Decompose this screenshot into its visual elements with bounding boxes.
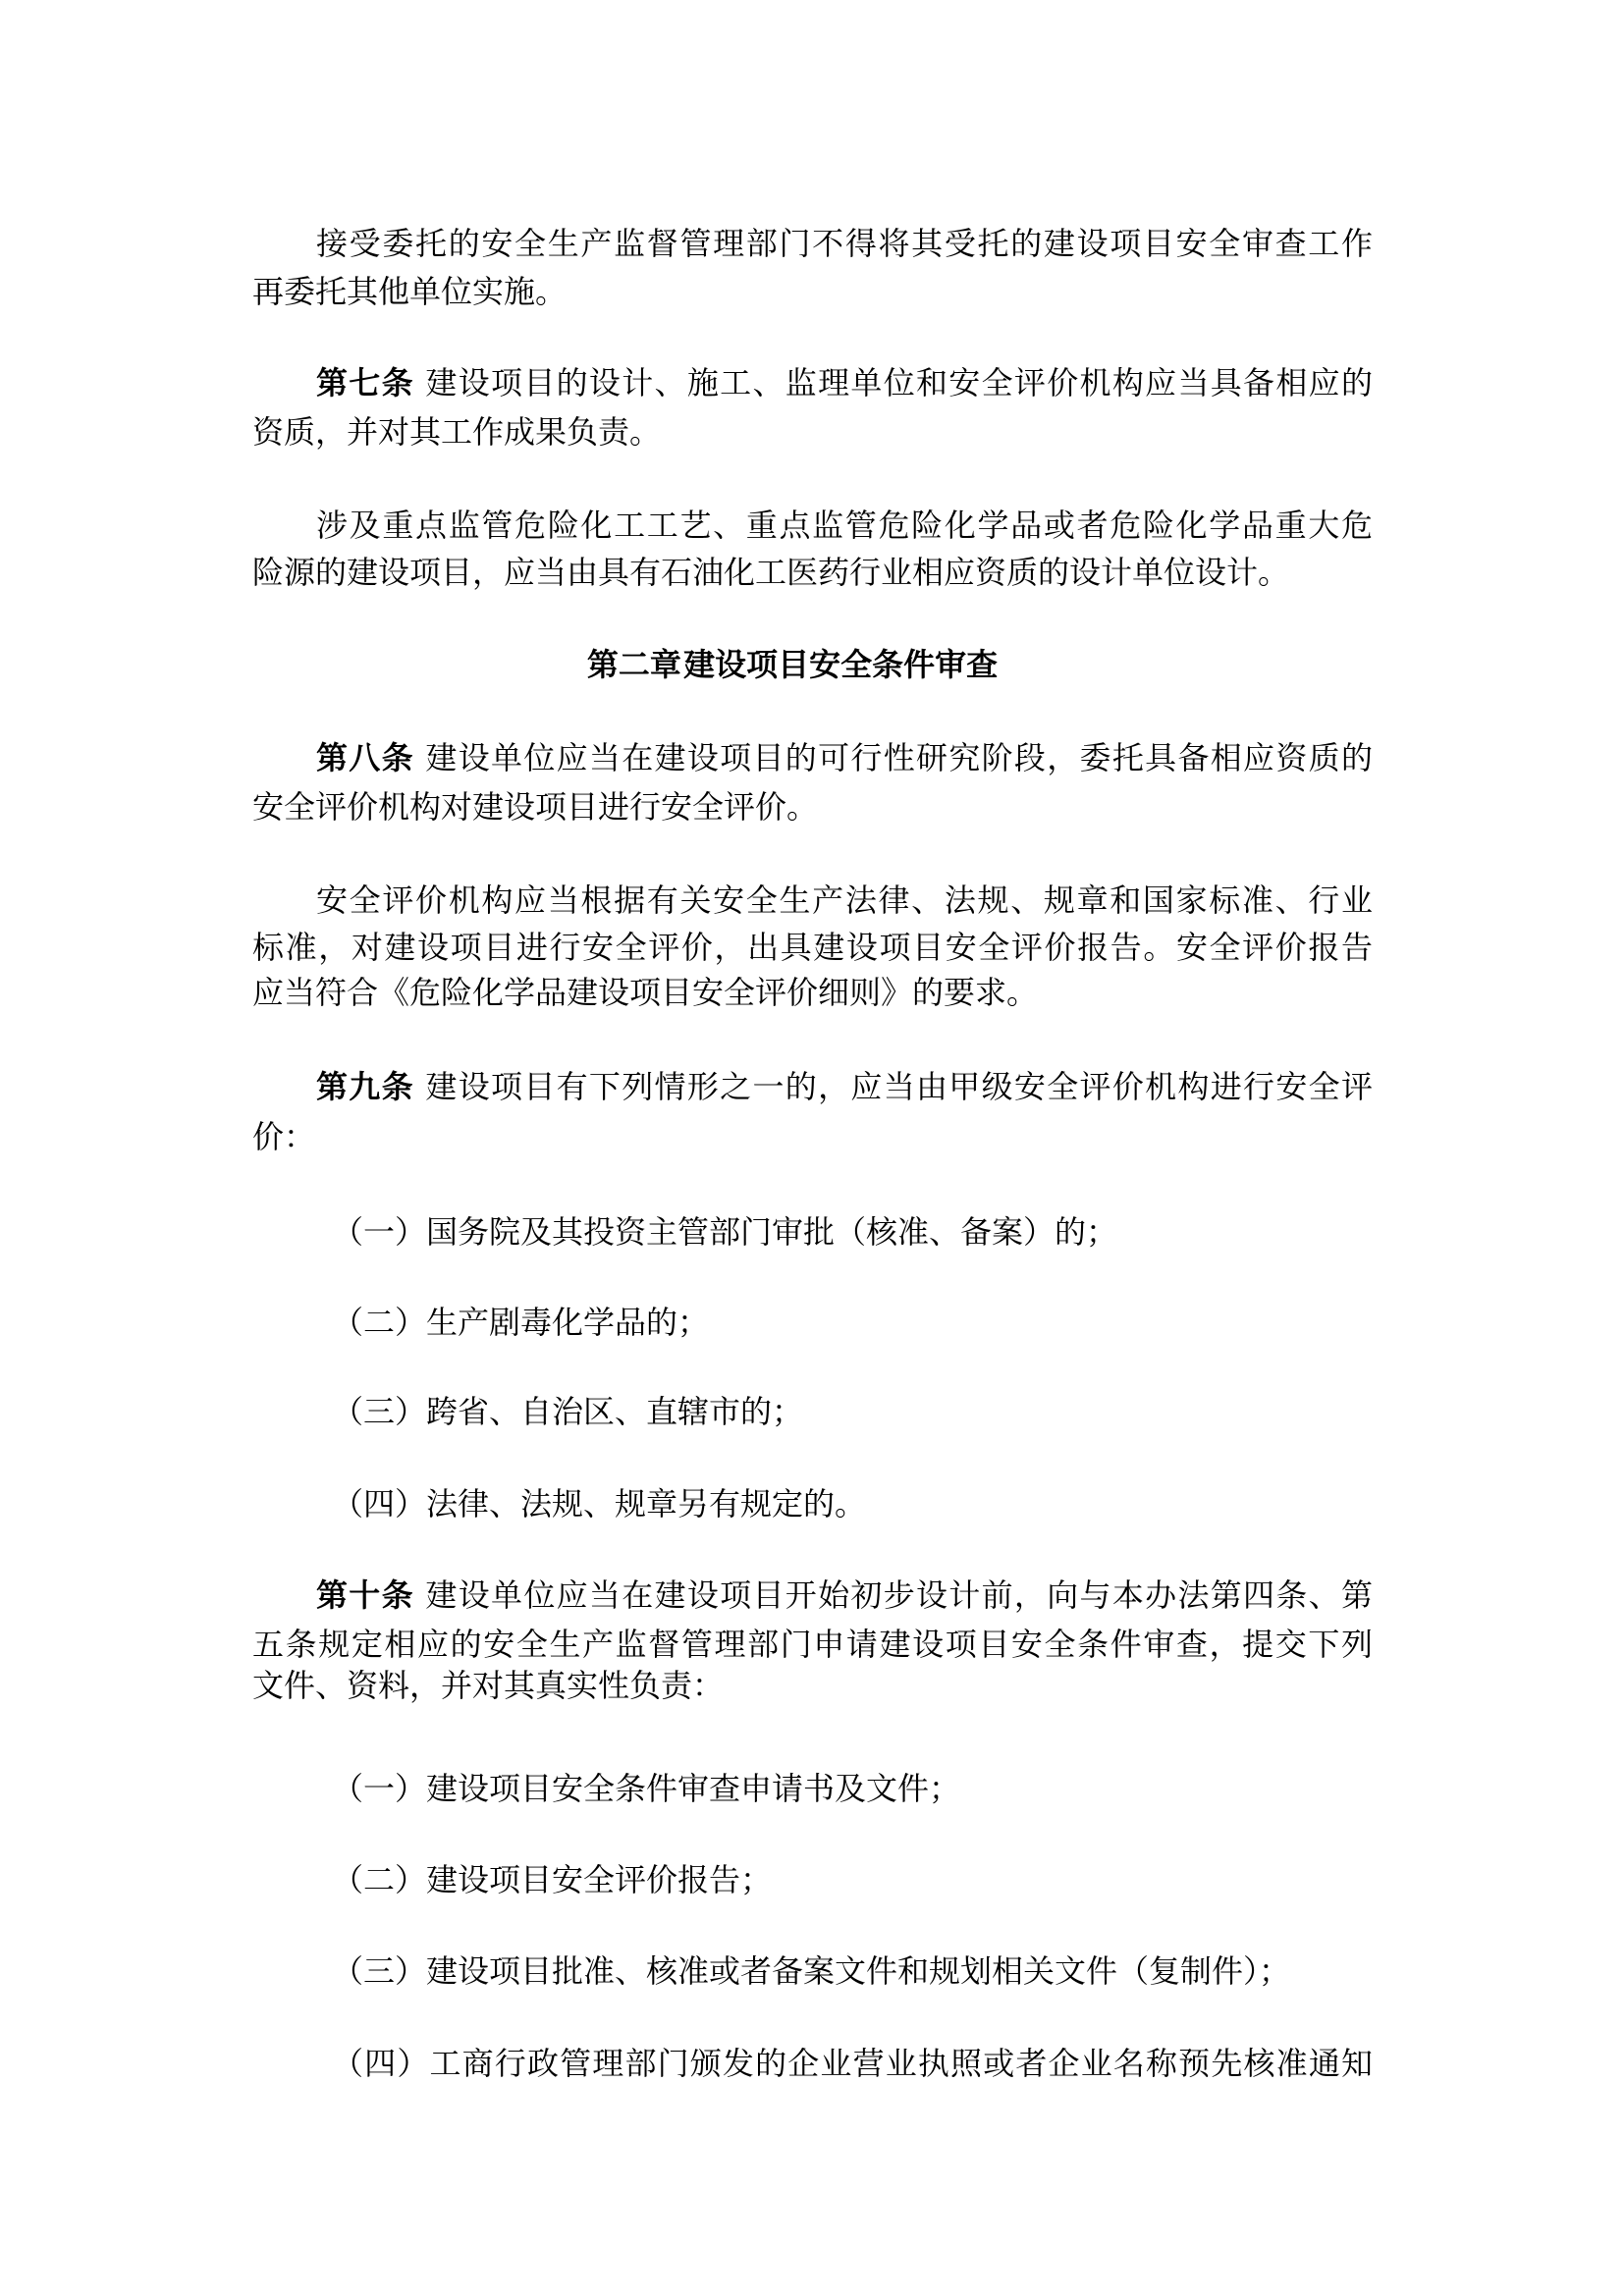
list-item: （三）建设项目批准、核准或者备案文件和规划相关文件（复制件）； [332,1949,1373,1994]
article-label: 第九条 [316,1068,414,1105]
article-label: 第十条 [316,1576,414,1614]
paragraph-line: 安全评价机构对建设项目进行安全评价。 [252,784,1373,829]
paragraph-line: 价： [252,1114,1373,1159]
article-label: 第七条 [316,364,414,401]
chapter-number: 第二章 [587,642,681,687]
paragraph-line: 五条规定相应的安全生产监督管理部门申请建设项目安全条件审查，提交下列 [252,1622,1373,1667]
list-item: （二）生产剧毒化学品的； [332,1300,1373,1345]
paragraph-line: 接受委托的安全生产监督管理部门不得将其受托的建设项目安全审查工作 [316,221,1373,266]
paragraph-line: 安全评价机构应当根据有关安全生产法律、法规、规章和国家标准、行业 [316,878,1373,923]
list-item: （四）工商行政管理部门颁发的企业营业执照或者企业名称预先核准通知 [332,2041,1373,2086]
article-10-line: 第十条 建设单位应当在建设项目开始初步设计前，向与本办法第四条、第 [316,1573,1373,1618]
list-item: （三）跨省、自治区、直辖市的； [332,1389,1373,1434]
article-8-line: 第八条 建设单位应当在建设项目的可行性研究阶段，委托具备相应资质的 [316,735,1373,780]
article-7-line: 第七条 建设项目的设计、施工、监理单位和安全评价机构应当具备相应的 [316,360,1373,405]
document-page: 接受委托的安全生产监督管理部门不得将其受托的建设项目安全审查工作 再委托其他单位… [0,0,1624,2296]
list-item: （一）国务院及其投资主管部门审批（核准、备案）的； [332,1209,1373,1255]
paragraph-line: 涉及重点监管危险化工工艺、重点监管危险化学品或者危险化学品重大危 [316,503,1373,548]
paragraph-line: 标准，对建设项目进行安全评价，出具建设项目安全评价报告。安全评价报告 [252,925,1373,970]
paragraph-line: 文件、资料，并对其真实性负责： [252,1663,1373,1708]
paragraph-line: 再委托其他单位实施。 [252,269,1373,314]
paragraph-line: 险源的建设项目，应当由具有石油化工医药行业相应资质的设计单位设计。 [252,550,1373,595]
list-item: （一）建设项目安全条件审查申请书及文件； [332,1766,1373,1811]
list-item: （四）法律、法规、规章另有规定的。 [332,1481,1373,1526]
article-text: 建设单位应当在建设项目的可行性研究阶段，委托具备相应资质的 [425,739,1373,776]
article-text: 建设项目有下列情形之一的，应当由甲级安全评价机构进行安全评 [425,1068,1373,1105]
paragraph-line: 应当符合《危险化学品建设项目安全评价细则》的要求。 [252,970,1373,1015]
article-text: 建设单位应当在建设项目开始初步设计前，向与本办法第四条、第 [425,1576,1373,1614]
article-label: 第八条 [316,739,414,776]
chapter-heading: 第二章 建设项目安全条件审查 [0,642,1624,687]
list-item: （二）建设项目安全评价报告； [332,1857,1373,1902]
article-9-line: 第九条 建设项目有下列情形之一的，应当由甲级安全评价机构进行安全评 [316,1064,1373,1109]
paragraph-line: 资质，并对其工作成果负责。 [252,409,1373,454]
chapter-title: 建设项目安全条件审查 [683,642,998,687]
article-text: 建设项目的设计、施工、监理单位和安全评价机构应当具备相应的 [425,364,1373,401]
